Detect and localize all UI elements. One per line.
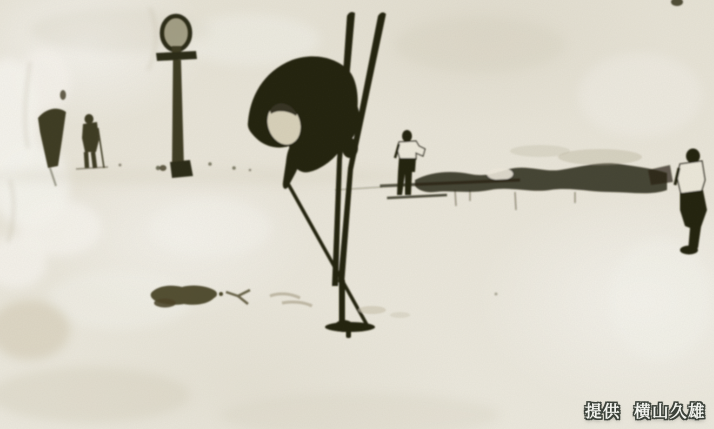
historical-photo: 提供 横山久雄: [0, 0, 714, 429]
photo-credit-name: 横山久雄: [634, 398, 706, 422]
photo-credit: 提供 横山久雄: [585, 398, 706, 422]
photo-scene: [0, 0, 714, 429]
film-grain-overlay: [0, 0, 714, 429]
photo-credit-label: 提供: [585, 398, 621, 422]
